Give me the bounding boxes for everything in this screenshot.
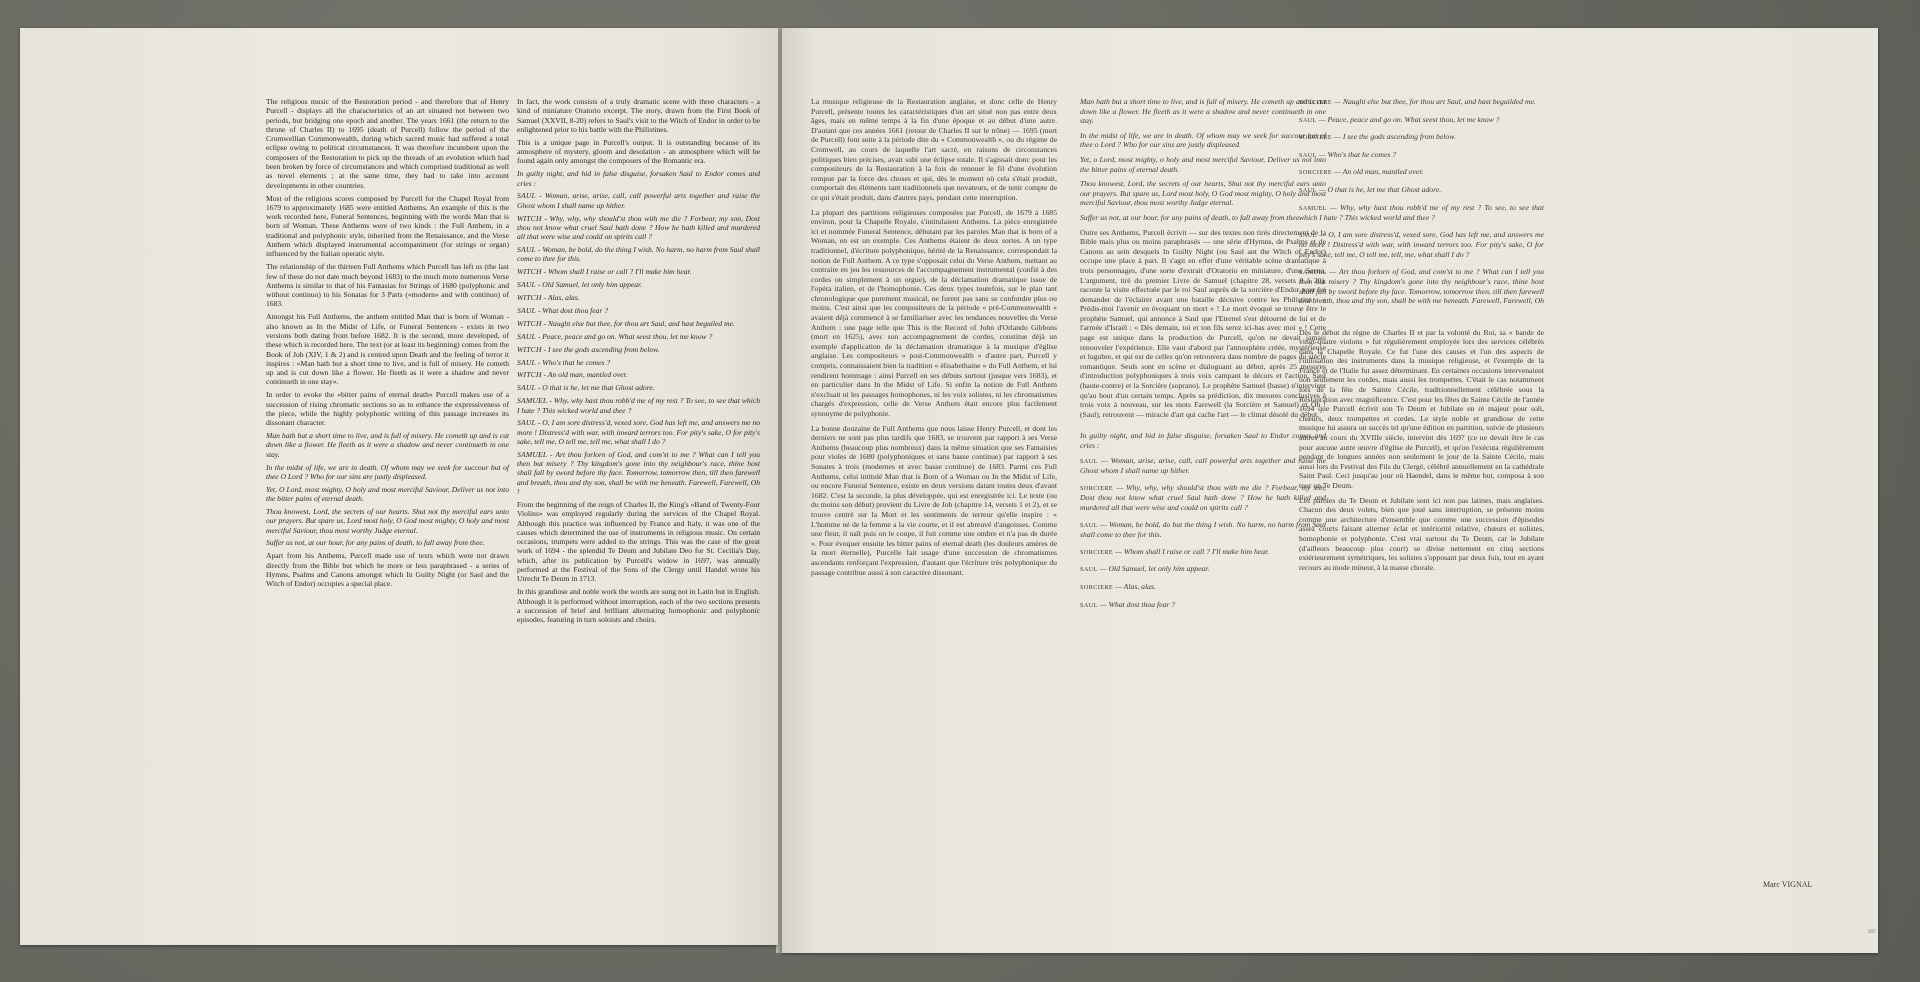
dialogue-line: SAUL — Who's that he comes ?: [1299, 150, 1544, 161]
paragraph-text: O, I am sore distress'd, vexed sore, God…: [1299, 230, 1544, 259]
dialogue-line: SAUL — Peace, peace and go on. What sees…: [1299, 115, 1544, 126]
paragraph-text: Who's that he comes ?: [542, 358, 610, 367]
page-number: 207: [1868, 930, 1876, 935]
french-column-3: SORCIERE — Naught else but thee, for tho…: [1299, 97, 1544, 577]
paragraph-text: From the beginning of the reign of Charl…: [517, 500, 760, 583]
speaker-name: SAUL: [1080, 458, 1098, 465]
speaker-name: WITCH: [517, 319, 542, 328]
speaker-name: SAUL: [517, 383, 536, 392]
paragraph: In guilty night, and hid in false disgui…: [517, 169, 760, 188]
paragraph-text: Most of the religious scores composed by…: [266, 194, 509, 259]
paragraph-text: In guilty night, and hid in false disgui…: [517, 169, 760, 187]
speaker-name: SAUL: [1299, 187, 1317, 194]
paragraph-text: Suffer us not, at our hour, for any pain…: [1080, 213, 1301, 222]
paragraph-text: An old man, mantled over.: [548, 370, 628, 379]
speaker-name: SAMUEL: [517, 396, 547, 405]
paragraph-text: Amongst his Full Anthems, the anthem ent…: [266, 312, 509, 386]
dialogue-line: WITCH - I see the gods ascending from be…: [517, 345, 760, 354]
dialogue-line: WITCH - Naught else but thee, for thou a…: [517, 319, 760, 328]
paragraph-text: Dès le début du règne de Charles II et p…: [1299, 328, 1544, 491]
paragraph-text: La bonne douzaine de Full Anthems que no…: [811, 424, 1057, 577]
paragraph-text: Whom shall I raise or call ? I'll make h…: [1124, 547, 1269, 556]
dialogue-line: SAUL - Woman, be bold, do the thing I wi…: [517, 245, 760, 264]
paragraph: Yet, o Lord, most mighty, o holy and mos…: [1080, 155, 1326, 174]
paragraph: Outre ses Anthems, Purcell écrivit — sur…: [1080, 228, 1326, 420]
paragraph: Apart from his Anthems, Purcell made use…: [266, 551, 509, 588]
paragraph: The religious music of the Restoration p…: [266, 97, 509, 190]
dialogue-line: WITCH - Why, why, why should'st thou wit…: [517, 214, 760, 242]
paragraph-text: O that is he, let me that Ghost adore.: [1327, 185, 1441, 194]
paragraph: La plupart des partitions religieuses co…: [811, 208, 1057, 419]
dialogue-line: WITCH - Alas, alas.: [517, 293, 760, 302]
dialogue-line: SAUL — Woman, arise, arise, call, call p…: [1080, 456, 1326, 476]
dialogue-line: SAUL - Who's that he comes ?: [517, 358, 760, 367]
speaker-name: WITCH: [517, 370, 542, 379]
paragraph-text: O, I am sore distress'd, vexed sore, God…: [517, 418, 760, 446]
dialogue-line: SAUL — Old Samuel, let only him appear.: [1080, 564, 1326, 575]
paragraph-text: Yet, o Lord, most mighty, o holy and mos…: [1080, 155, 1326, 174]
paragraph-text: Old Samuel, let only him appear.: [542, 280, 642, 289]
speaker-name: SAUL: [1080, 522, 1098, 529]
dialogue-line: SAUL — What dost thou fear ?: [1080, 600, 1326, 611]
dialogue-line: SAUL — Woman, be bold, do but the thing …: [1080, 520, 1326, 540]
paragraph-text: I see the gods ascending from below.: [1343, 132, 1456, 141]
paragraph-text: Peace, peace and go on. What seest thou,…: [542, 332, 712, 341]
paragraph-text: An old man, mantled over.: [1343, 167, 1424, 176]
dialogue-line: SAMUEL — Why, why hast thou robb'd me of…: [1299, 203, 1544, 223]
paragraph-text: Woman, arise, arise, call, call powerful…: [517, 191, 760, 209]
paragraph-text: Man hath but a short time to live, and i…: [266, 431, 509, 459]
dialogue-line: SAUL - Old Samuel, let only him appear.: [517, 280, 760, 289]
dialogue-line: WITCH - Whom shall I raise or call ? I'l…: [517, 267, 760, 276]
paragraph-text: This is a unique page in Purcell's outpu…: [517, 138, 760, 166]
dialogue-line: SAUL - Peace, peace and go on. What sees…: [517, 332, 760, 341]
paragraph: In the midst of life, we are in death. O…: [1080, 131, 1326, 150]
speaker-name: WITCH: [517, 345, 542, 354]
paragraph: Thou knowest, Lord, the secrets of our h…: [1080, 179, 1326, 208]
paragraph: Man hath but a short time to live, and i…: [266, 431, 509, 459]
paragraph-text: In fact, the work consists of a truly dr…: [517, 97, 760, 134]
paragraph-text: O that is he, let me that Ghost adore.: [542, 383, 654, 392]
paragraph-text: Who's that he comes ?: [1327, 150, 1396, 159]
paragraph-text: The religious music of the Restoration p…: [266, 97, 509, 190]
paragraph-text: Woman, arise, arise, call, call powerful…: [1080, 456, 1326, 476]
dialogue-line: SAMUEL - Why, why hast thou robb'd me of…: [517, 396, 760, 415]
paragraph-text: Thou knowest, Lord, the secrets of our h…: [266, 507, 509, 535]
speaker-name: SAMUEL: [1299, 269, 1327, 276]
paragraph-text: Woman, be bold, do the thing I wish. No …: [517, 245, 760, 263]
dialogue-line: SORCIERE — Why, why, why should'st thou …: [1080, 483, 1326, 513]
paragraph: La bonne douzaine de Full Anthems que no…: [811, 424, 1057, 578]
paragraph: Most of the religious scores composed by…: [266, 194, 509, 259]
paragraph: In order to evoke the «bitter pains of e…: [266, 390, 509, 427]
speaker-name: WITCH: [517, 267, 542, 276]
paragraph-text: Woman, be bold, do but the thing I wish.…: [1080, 520, 1326, 540]
paragraph-text: Naught else but thee, for thou art Saul,…: [1343, 97, 1536, 106]
paragraph-text: Why, why, why should'st thou with me die…: [517, 214, 760, 242]
paragraph-text: Outre ses Anthems, Purcell écrivit — sur…: [1080, 228, 1326, 419]
paragraph: In guilty night, and hid in false disgui…: [1080, 431, 1326, 450]
paragraph-text: What dost thou fear ?: [1108, 600, 1175, 609]
paragraph-text: Why, why hast thou robb'd me of my rest …: [517, 396, 760, 414]
speaker-name: SAMUEL: [1299, 205, 1327, 212]
paragraph-text: The relationship of the thirteen Full An…: [266, 262, 509, 308]
paragraph-text: I see the gods ascending from below.: [548, 345, 660, 354]
paragraph-text: La musique religieuse de la Restauration…: [811, 97, 1057, 202]
paragraph: Suffer us not, at our hour, for any pain…: [266, 538, 509, 547]
paragraph: Suffer us not, at our hour, for any pain…: [1080, 213, 1326, 223]
speaker-name: SORCIERE: [1080, 584, 1113, 591]
paragraph-text: In guilty night, and hid in false disgui…: [1080, 431, 1326, 450]
speaker-name: SAUL: [517, 358, 536, 367]
paragraph-text: Alas, alas.: [1124, 582, 1156, 591]
dialogue-line: SORCIERE — Alas, alas.: [1080, 582, 1326, 593]
speaker-name: SORCIERE: [1080, 485, 1113, 492]
paragraph: From the beginning of the reign of Charl…: [517, 500, 760, 584]
speaker-name: SAUL: [1299, 232, 1317, 239]
dialogue-line: SORCIERE — I see the gods ascending from…: [1299, 132, 1544, 143]
paragraph-text: What dost thou fear ?: [542, 306, 608, 315]
paragraph-text: In order to evoke the «bitter pains of e…: [266, 390, 509, 427]
paragraph: Thou knowest, Lord, the secrets of our h…: [266, 507, 509, 535]
dialogue-line: WITCH - An old man, mantled over.: [517, 370, 760, 379]
paragraph-text: Alas, alas.: [548, 293, 580, 302]
paragraph-text: Whom shall I raise or call ? I'll make h…: [548, 267, 692, 276]
paragraph-text: Peace, peace and go on. What seest thou,…: [1327, 115, 1499, 124]
paragraph: The relationship of the thirteen Full An…: [266, 262, 509, 308]
speaker-name: SAUL: [1299, 152, 1317, 159]
dialogue-line: SAUL — O, I am sore distress'd, vexed so…: [1299, 230, 1544, 260]
dialogue-line: SORCIERE — Naught else but thee, for tho…: [1299, 97, 1544, 108]
paragraph: In the midst of life, we are in death. O…: [266, 463, 509, 482]
speaker-name: SAUL: [517, 191, 536, 200]
dialogue-line: SAUL - What dost thou fear ?: [517, 306, 760, 315]
speaker-name: SORCIERE: [1299, 169, 1332, 176]
speaker-name: SAUL: [1080, 602, 1098, 609]
paragraph: Amongst his Full Anthems, the anthem ent…: [266, 312, 509, 386]
paragraph-text: Apart from his Anthems, Purcell made use…: [266, 551, 509, 588]
paragraph-text: Old Samuel, let only him appear.: [1108, 564, 1209, 573]
english-column-2: In fact, the work consists of a truly dr…: [517, 97, 760, 628]
paragraph-text: Les paroles du Te Deum et Jubilate sont …: [1299, 496, 1544, 572]
paragraph-text: In this grandiose and noble work the wor…: [517, 587, 760, 624]
speaker-name: SAMUEL: [517, 450, 547, 459]
french-column-1: La musique religieuse de la Restauration…: [811, 97, 1057, 582]
author-signature: Marc VIGNAL: [1763, 880, 1812, 889]
paragraph: Man hath but a short time to live, and i…: [1080, 97, 1326, 126]
english-column-1: The religious music of the Restoration p…: [266, 97, 509, 592]
paragraph: Dès le début du règne de Charles II et p…: [1299, 328, 1544, 491]
paragraph: Yet, O Lord, most mighty, O holy and mos…: [266, 485, 509, 504]
dialogue-line: SAUL - O that is he, let me that Ghost a…: [517, 383, 760, 392]
paragraph: This is a unique page in Purcell's outpu…: [517, 138, 760, 166]
speaker-name: SORCIERE: [1299, 99, 1332, 106]
paragraph: La musique religieuse de la Restauration…: [811, 97, 1057, 203]
speaker-name: WITCH: [517, 214, 542, 223]
paragraph-text: Man hath but a short time to live, and i…: [1080, 97, 1326, 125]
paragraph-text: Yet, O Lord, most mighty, O holy and mos…: [266, 485, 509, 503]
speaker-name: SAUL: [1299, 117, 1317, 124]
paragraph: In fact, the work consists of a truly dr…: [517, 97, 760, 134]
speaker-name: SAUL: [517, 245, 536, 254]
paragraph-text: Suffer us not, at our hour, for any pain…: [266, 538, 484, 547]
paragraph-text: In the midst of life, we are in death. O…: [1080, 131, 1326, 150]
paragraph-text: In the midst of life, we are in death. O…: [266, 463, 509, 481]
speaker-name: SORCIERE: [1299, 134, 1332, 141]
dialogue-line: SORCIERE — Whom shall I raise or call ? …: [1080, 547, 1326, 558]
speaker-name: WITCH: [517, 293, 542, 302]
dialogue-line: SORCIERE — An old man, mantled over.: [1299, 167, 1544, 178]
speaker-name: SAUL: [517, 418, 536, 427]
paragraph-text: Thou knowest, Lord, the secrets of our h…: [1080, 179, 1326, 207]
dialogue-line: SAUL — O that is he, let me that Ghost a…: [1299, 185, 1544, 196]
speaker-name: SAUL: [517, 306, 536, 315]
dialogue-line: SAUL - Woman, arise, arise, call, call p…: [517, 191, 760, 210]
dialogue-line: SAMUEL — Art thou forlorn of God, and co…: [1299, 267, 1544, 316]
french-column-2: Man hath but a short time to live, and i…: [1080, 97, 1326, 617]
paragraph: Les paroles du Te Deum et Jubilate sont …: [1299, 496, 1544, 573]
paragraph-text: La plupart des partitions religieuses co…: [811, 208, 1057, 418]
paragraph: In this grandiose and noble work the wor…: [517, 587, 760, 624]
speaker-name: SAUL: [517, 332, 536, 341]
dialogue-line: SAUL - O, I am sore distress'd, vexed so…: [517, 418, 760, 446]
speaker-name: SORCIERE: [1080, 549, 1113, 556]
speaker-name: SAUL: [517, 280, 536, 289]
speaker-name: SAUL: [1080, 566, 1098, 573]
dialogue-line: SAMUEL - Art thou forlorn of God, and co…: [517, 450, 760, 496]
paragraph-text: Naught else but thee, for thou art Saul,…: [548, 319, 735, 328]
